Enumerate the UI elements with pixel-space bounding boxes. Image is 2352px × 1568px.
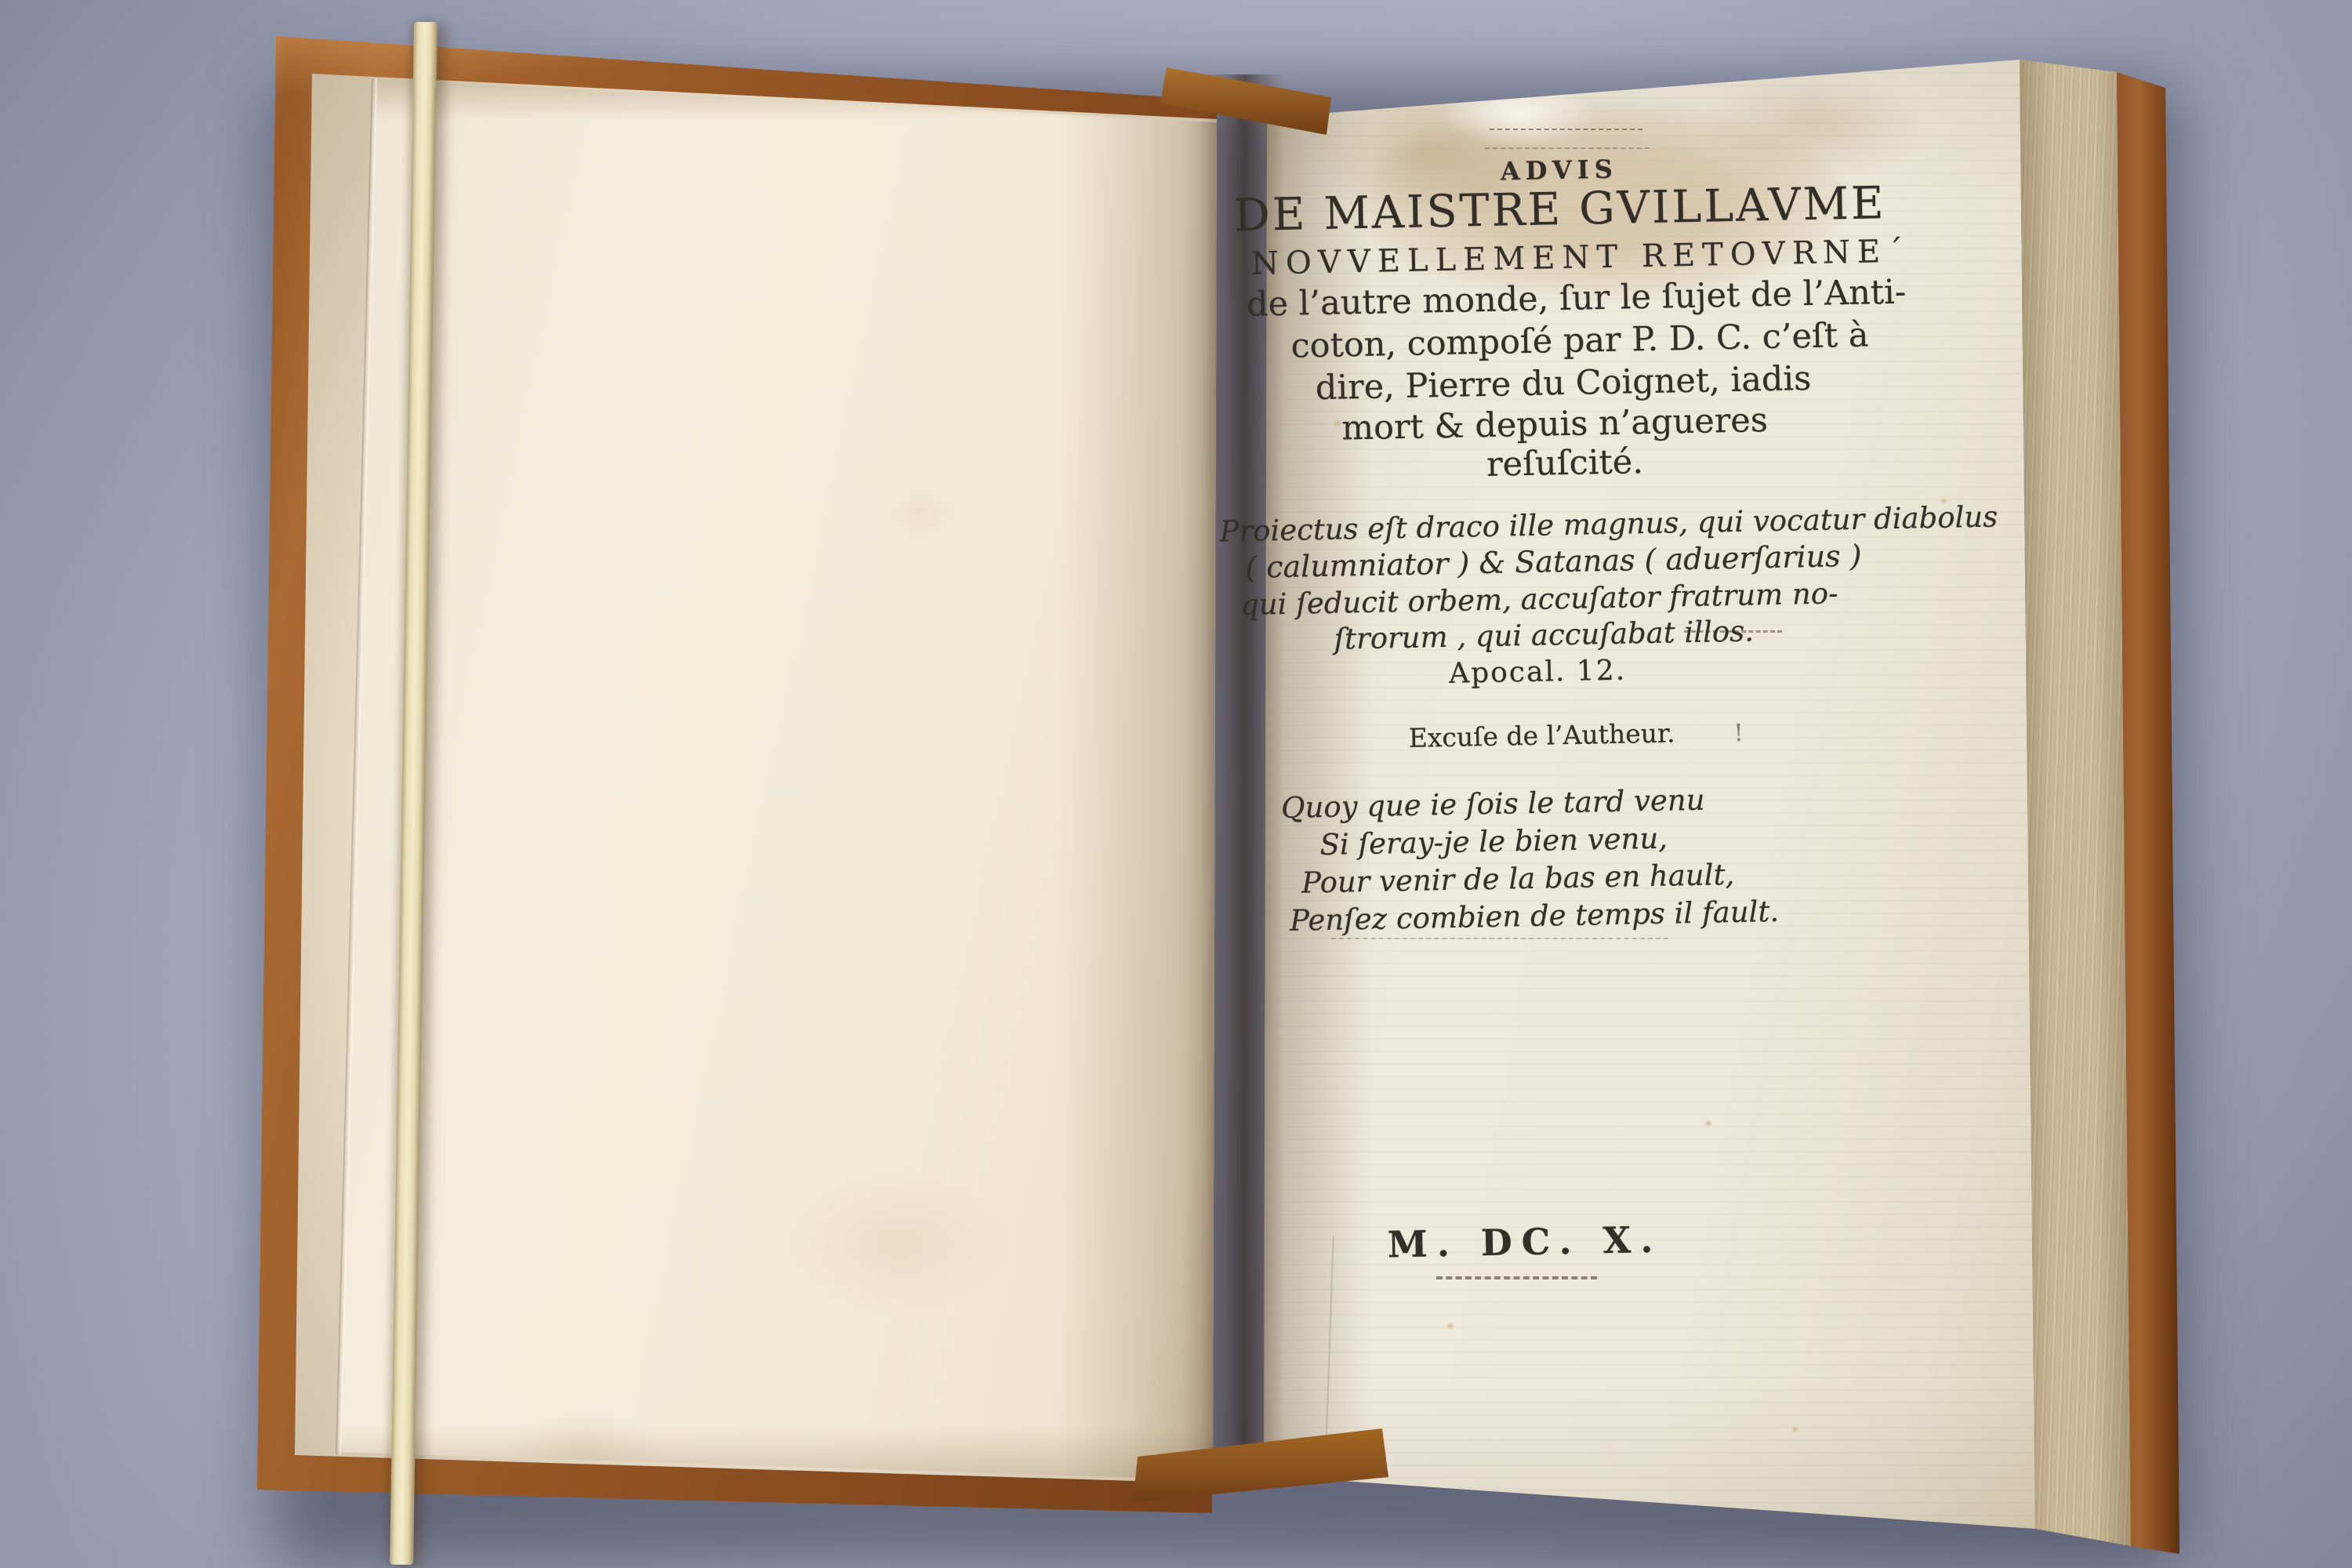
foxing-spot (776, 1168, 1011, 1317)
title-page-text-block: ADVIS DE MAISTRE GVILLAVME NOVVELLEMENT … (1227, 0, 1915, 1568)
fore-edge-page-block (2020, 60, 2131, 1546)
flyleaf-gutter-shade (337, 78, 1217, 1482)
photo-of-open-antique-book: ADVIS DE MAISTRE GVILLAVME NOVVELLEMENT … (0, 0, 2352, 1568)
fore-edge-shade (2020, 60, 2131, 1546)
imprint-date: M. DC. X. (1196, 1214, 1855, 1269)
excuse-heading: Excuſe de l’Autheur. (1212, 714, 1871, 757)
stray-ink-mark: ! (1722, 719, 1755, 747)
foxing-spot (886, 486, 956, 541)
poem-line: Penſez combien de temps il fault. (1205, 893, 1864, 939)
blank-flyleaf-page (337, 78, 1217, 1482)
